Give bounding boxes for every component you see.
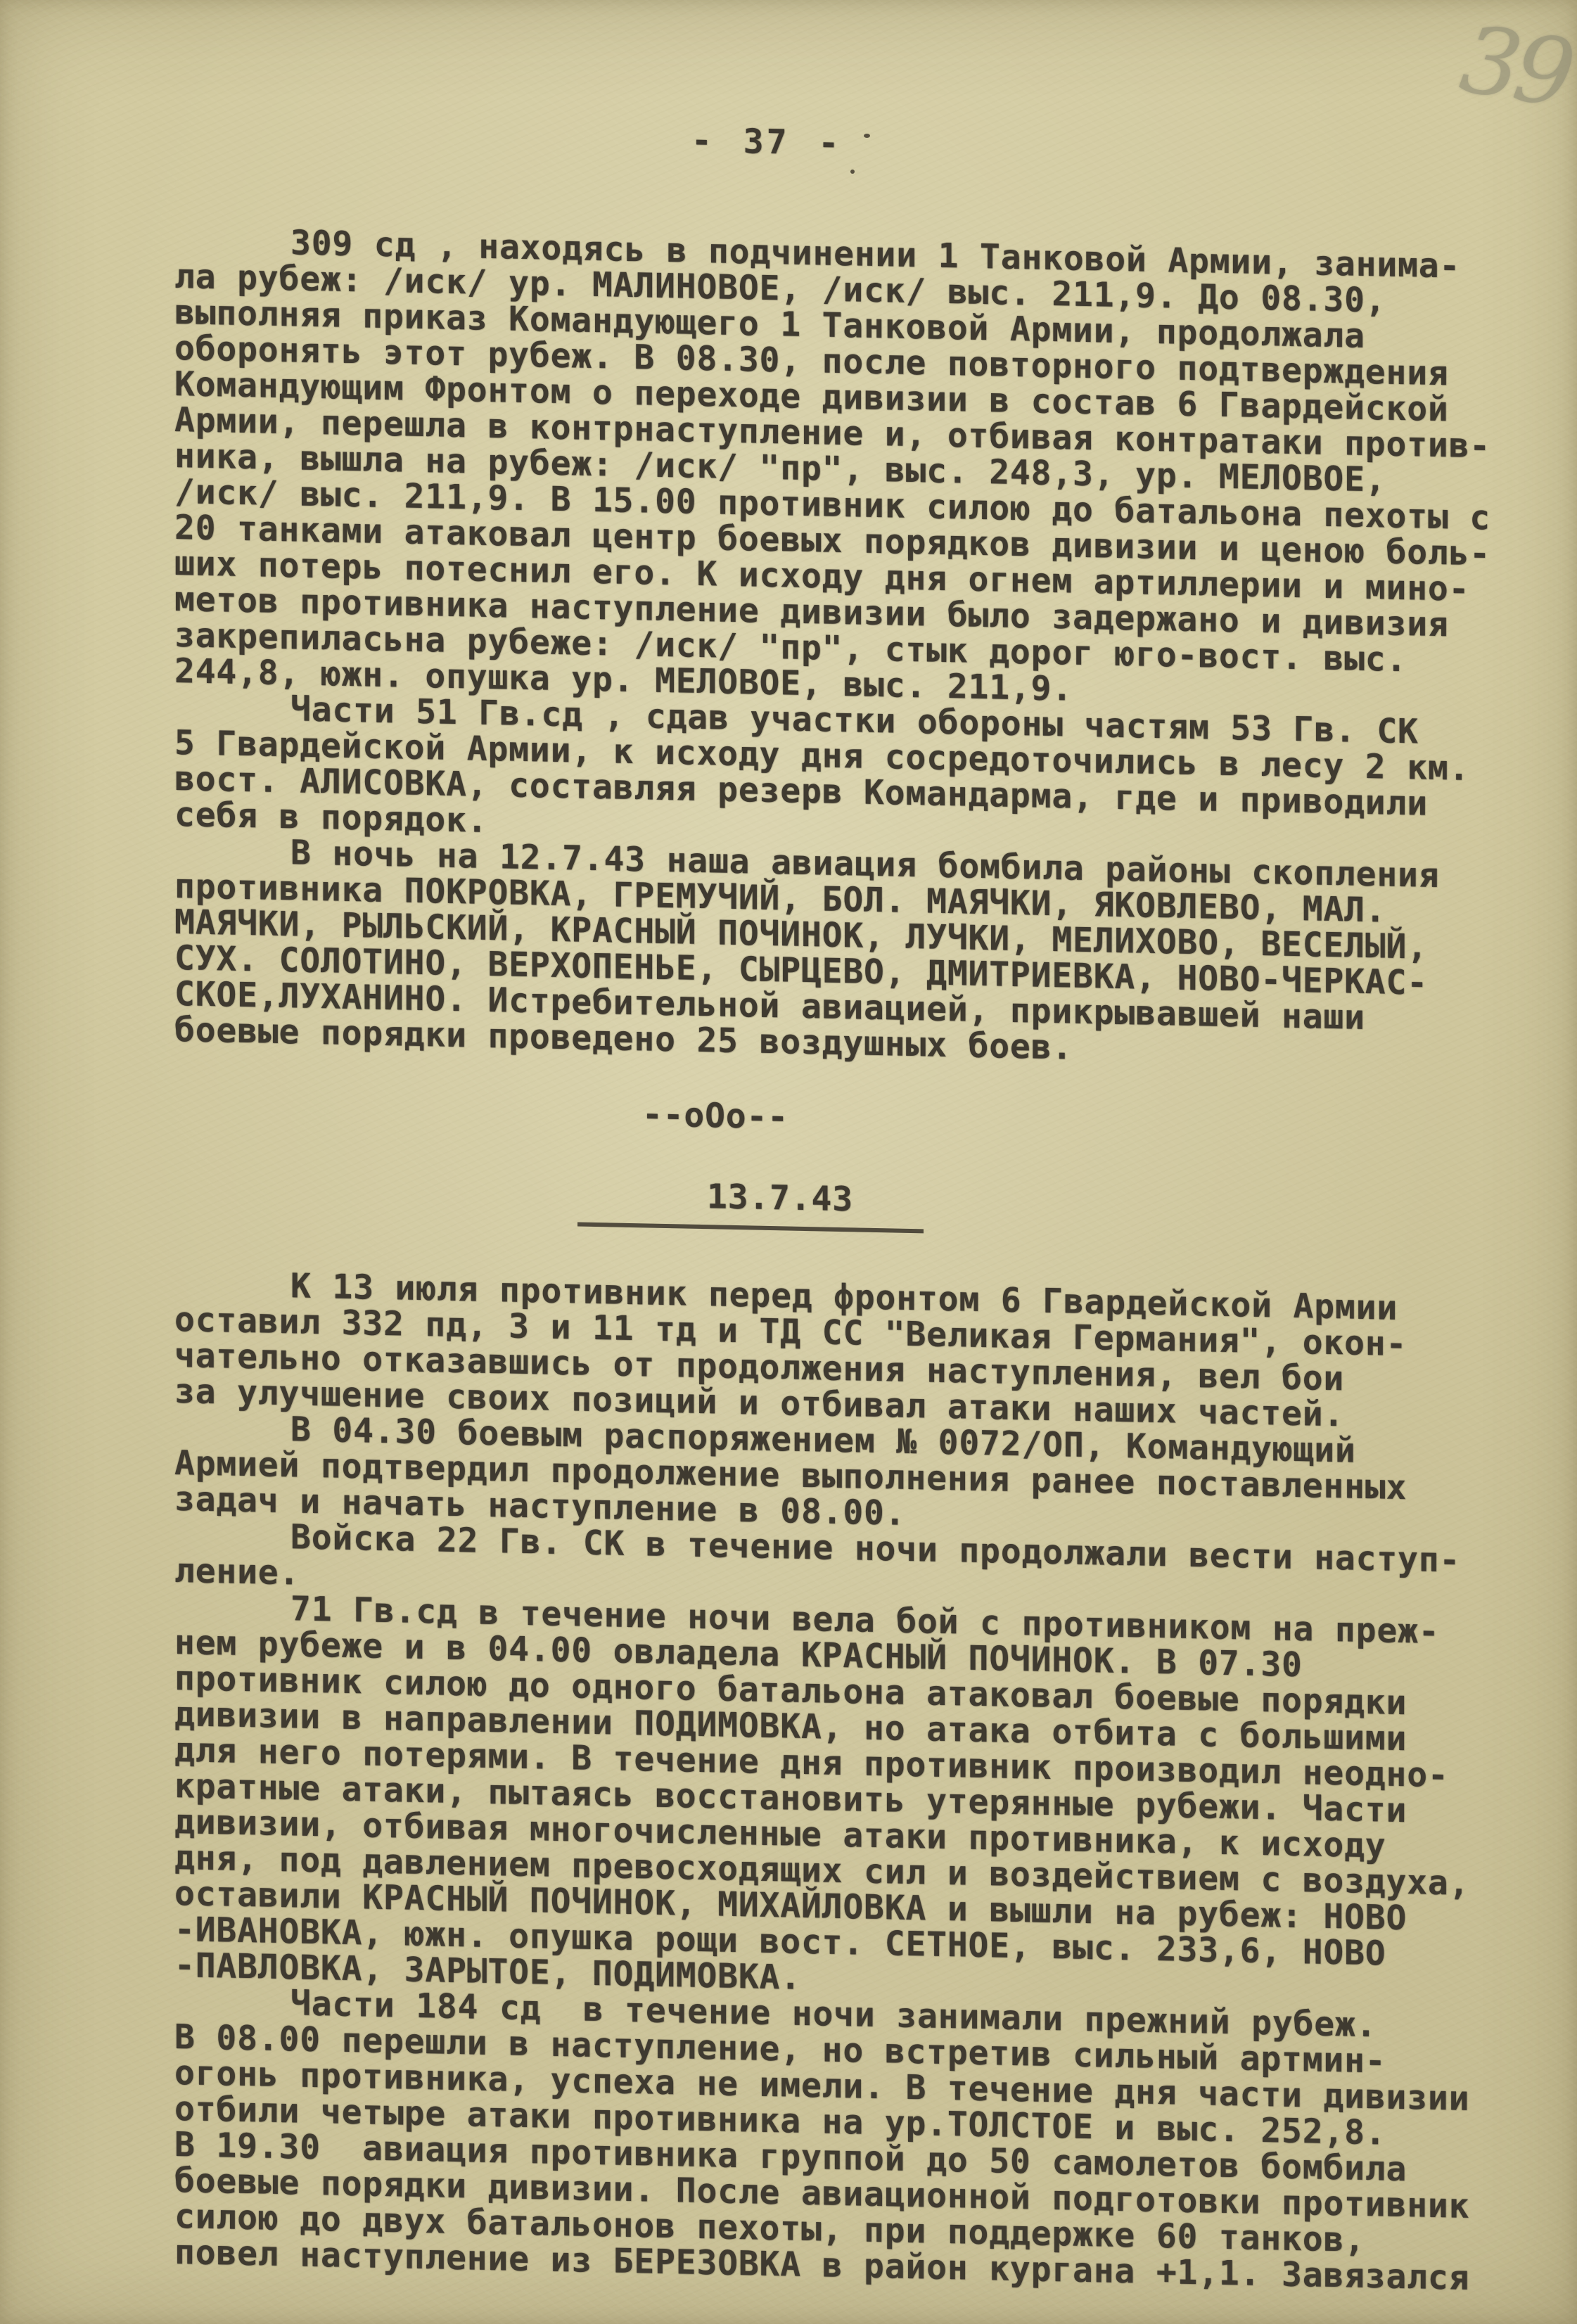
paragraph: 71 Гв.сд в течение ночи вела бой с проти… [174, 1589, 1497, 2010]
scanned-page: - 37 - 309 сд , находясь в подчинении 1 … [0, 0, 1577, 2324]
page-number: - 37 - [691, 123, 1497, 175]
date-heading-text: 13.7.43 [577, 1177, 924, 1234]
page-content: - 37 - 309 сд , находясь в подчинении 1 … [174, 0, 1497, 2297]
ink-speck [864, 134, 870, 138]
paragraph: 309 сд , находясь в подчинении 1 Танково… [174, 223, 1497, 716]
paragraph: Части 51 Гв.сд , сдав участки обороны ча… [174, 689, 1497, 860]
date-heading: 13.7.43 [642, 1177, 1497, 1244]
paragraph: К 13 июля противник перед фронтом 6 Гвар… [174, 1266, 1497, 1436]
paragraph: Части 184 сд в течение ночи занимали пре… [174, 1984, 1497, 2297]
paragraph: В ночь на 12.7.43 наша авиация бомбила р… [174, 833, 1497, 1075]
handwritten-folio-number: 39 [1454, 5, 1576, 129]
ink-speck [850, 170, 855, 174]
section-divider: --оОо-- [642, 1097, 1497, 1149]
document-body: 309 сд , находясь в подчинении 1 Танково… [174, 223, 1497, 2297]
